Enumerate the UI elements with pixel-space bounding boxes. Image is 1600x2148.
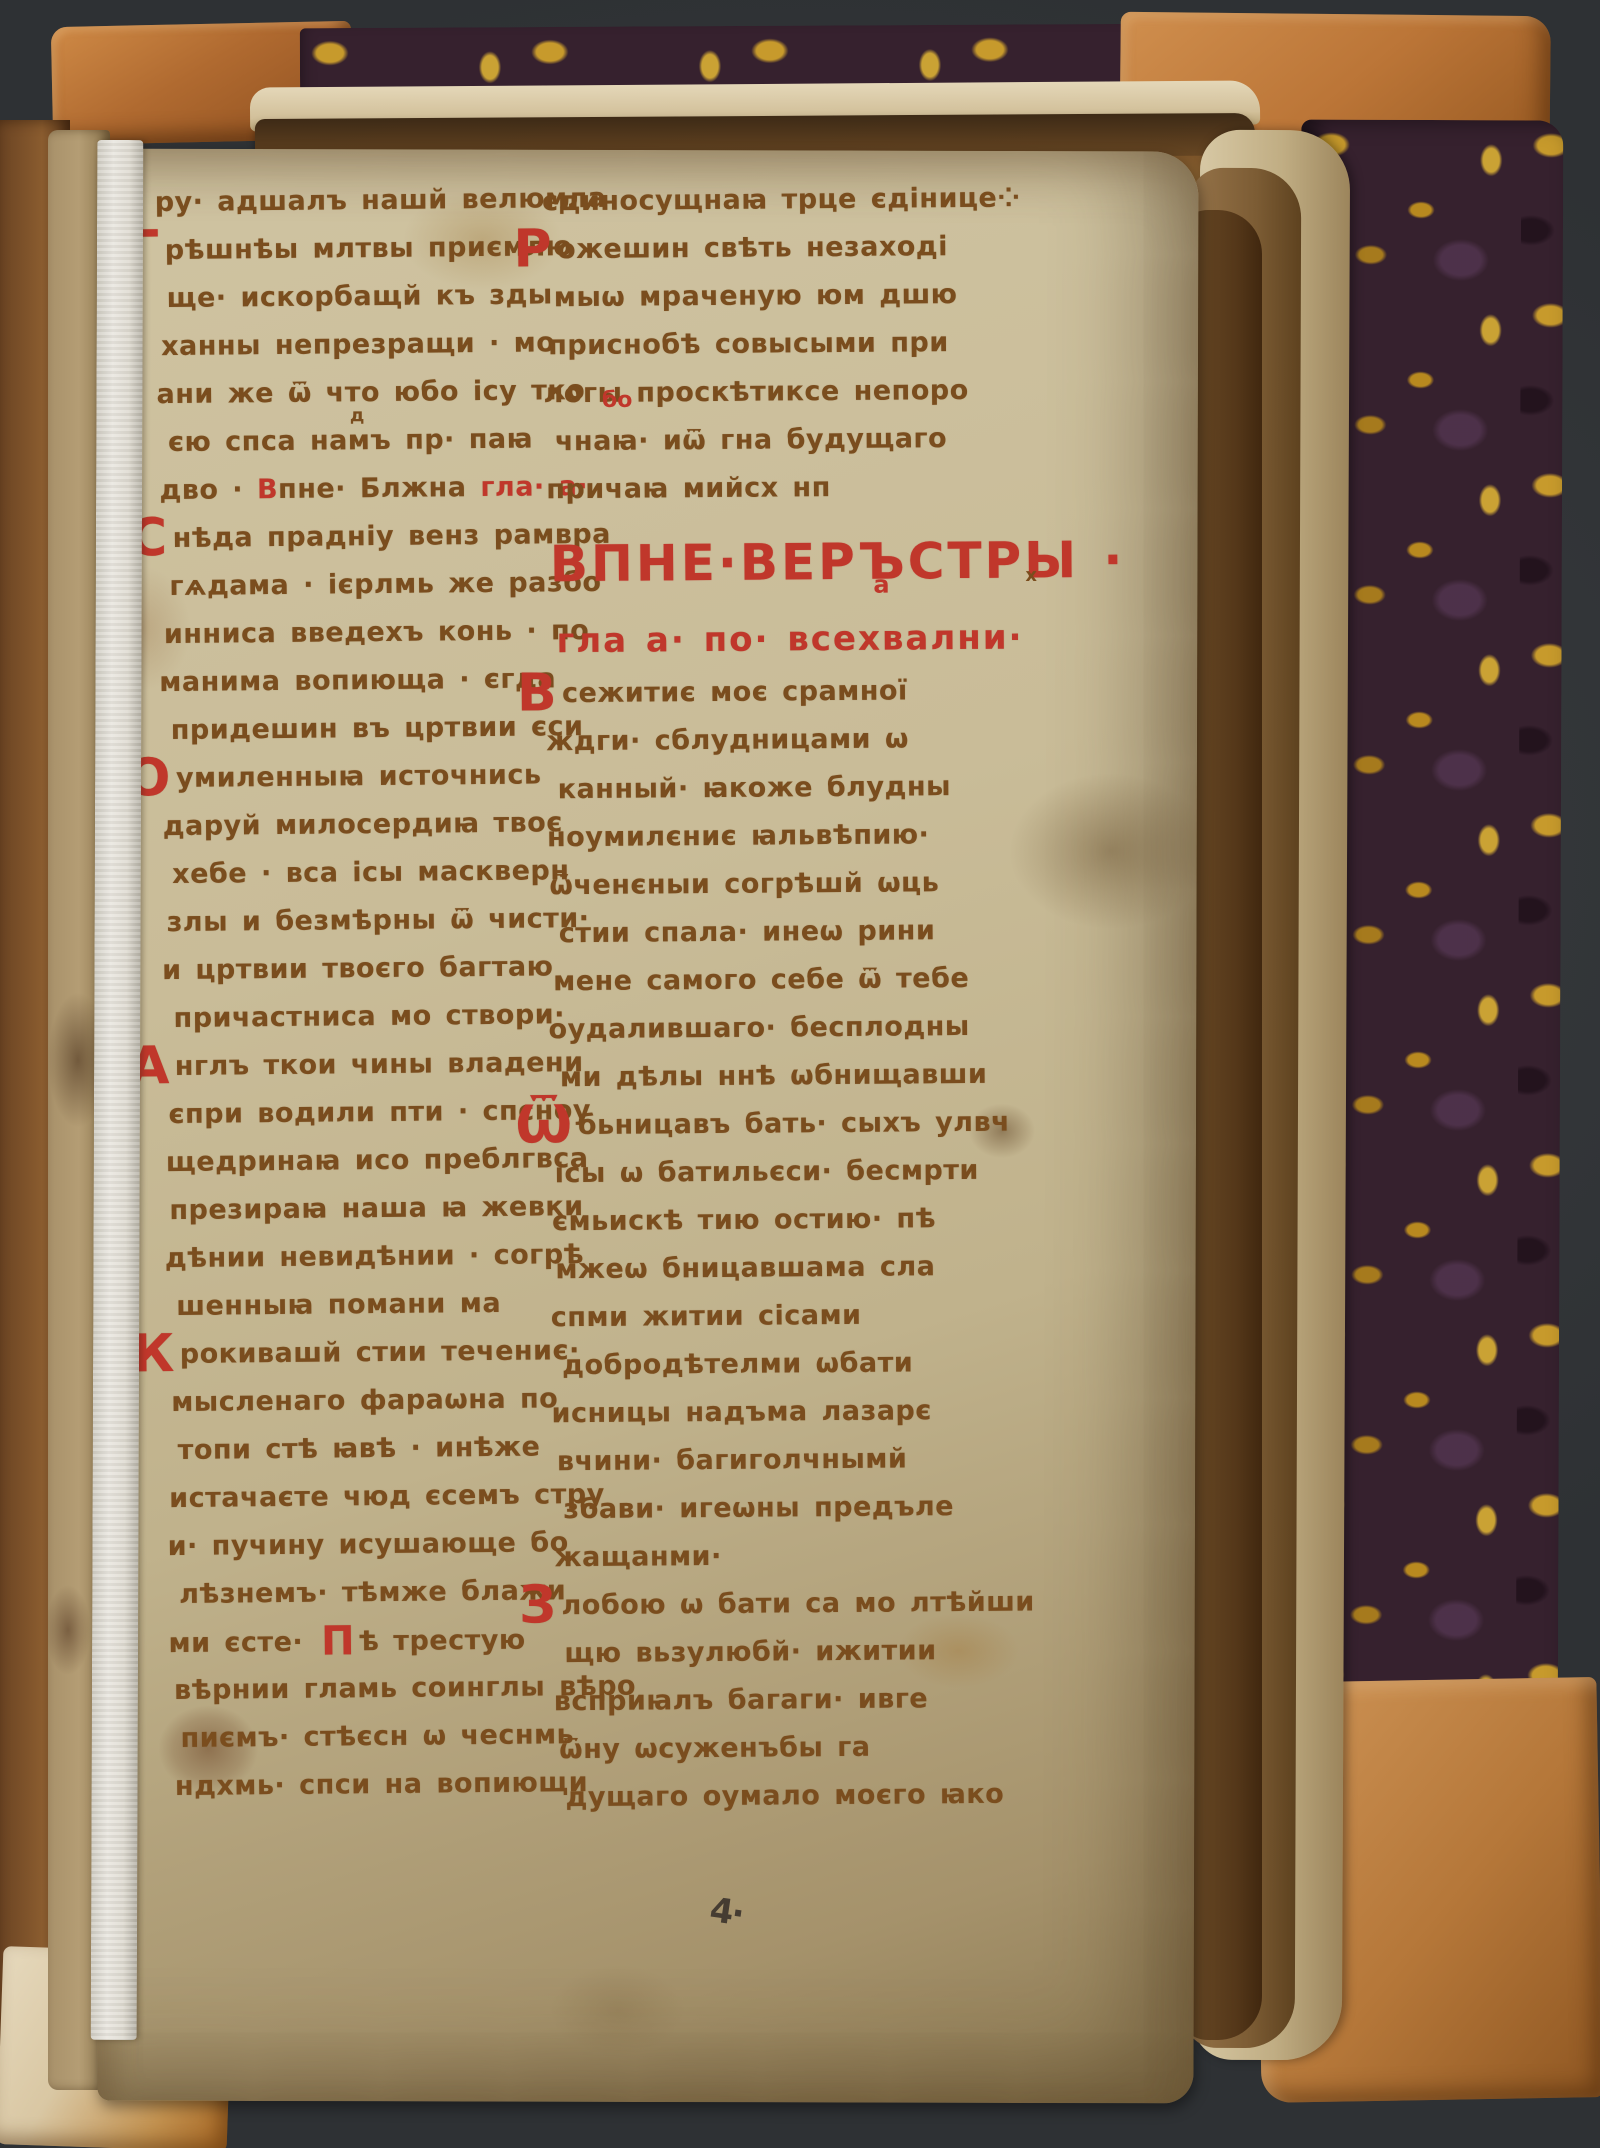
text-line: єдиносущнаꙗ трце єдінице⁘ bbox=[542, 174, 1028, 226]
text-line: хебе · вса ісы маскверн bbox=[172, 847, 553, 899]
drop-cap-initial: З bbox=[519, 1585, 562, 1625]
interlinear-annotation: бо bbox=[602, 388, 633, 413]
text-run: щю вьзулюбй· ижитии bbox=[564, 1635, 936, 1669]
text-run: В bbox=[257, 474, 278, 505]
text-line: ісы ѡ батильєси· бесмрти bbox=[555, 1146, 1036, 1198]
text-line: стии спала· инеѡ рини bbox=[559, 906, 1034, 958]
text-line: щю вьзулюбй· ижитии bbox=[564, 1626, 1039, 1678]
text-line: збави· игеѡны предъле bbox=[563, 1482, 1038, 1534]
text-line: Грѣшнѣы млтвы приємлю bbox=[160, 223, 547, 275]
text-line: дущаго оумало моєго ꙗко bbox=[565, 1770, 1040, 1822]
text-run: сежитиє моє срамної bbox=[562, 675, 908, 709]
interlinear-annotation: а bbox=[873, 571, 889, 599]
text-run: презираꙗ наша ꙗ жевки bbox=[169, 1191, 583, 1226]
text-run: рокивашй стии течениє· bbox=[180, 1335, 580, 1370]
text-run: хебе · вса ісы маскверн bbox=[172, 855, 570, 890]
text-line: Крокивашй стии течениє· bbox=[166, 1327, 558, 1379]
text-run: єдиносущнаꙗ трце єдінице⁘ bbox=[542, 183, 1021, 218]
text-run: лѣзнемъ· тѣмже блажи bbox=[179, 1575, 566, 1610]
text-line: причаꙗ мийсх нп bbox=[546, 462, 1030, 514]
text-line: ѿченєныи согрѣшй ѡць bbox=[549, 858, 1033, 910]
text-line: вчини· багиголчнымй bbox=[557, 1434, 1038, 1486]
text-run: причаꙗ мийсх нп bbox=[546, 472, 831, 505]
bookmark-cloth-strip bbox=[91, 140, 144, 2040]
text-run: ѿну ѡсуженъбы га bbox=[559, 1732, 871, 1765]
text-run: мысленаго фараѡна по bbox=[171, 1383, 558, 1418]
text-run: єю спса намъ пр· паꙗ bbox=[168, 424, 533, 459]
drop-cap-initial: В bbox=[517, 673, 562, 713]
text-run: спми житии сісами bbox=[551, 1300, 862, 1333]
text-run: гла а· по· всехвални· bbox=[556, 618, 1023, 662]
text-run: нглъ ткои чины владени bbox=[175, 1047, 584, 1082]
text-line: чнаꙗ· иѿ гна будущаго bbox=[555, 414, 1030, 466]
text-line: Англъ ткои чины владени bbox=[163, 1039, 555, 1091]
text-run: шенныꙗ помани ма bbox=[176, 1288, 501, 1322]
text-run: дущаго оумало моєго ꙗко bbox=[565, 1779, 1004, 1813]
text-line: причастниса мо створи· bbox=[173, 991, 554, 1043]
text-line: всприꙗлъ багаги· ивге bbox=[554, 1674, 1040, 1726]
text-run: ждги· сблудницами ѡ bbox=[546, 723, 909, 757]
text-line: мысленаго фараѡна по bbox=[171, 1375, 558, 1427]
text-line: мжеѡ бницавшама сла bbox=[555, 1242, 1036, 1294]
text-line: ханны непрезращи · мо bbox=[161, 319, 548, 371]
text-run: инниса введехъ конь · по bbox=[164, 615, 590, 650]
text-line: ндхмь· спси на вопиющи bbox=[175, 1759, 562, 1811]
text-line: гѧдама · ієрлмь же разбо bbox=[169, 559, 550, 611]
text-run: даруй милосердиꙗ твоє bbox=[163, 807, 563, 842]
text-run: ми єсте· bbox=[168, 1627, 317, 1659]
manuscript-page: ру· адшалъ нашй велюмлаГрѣшнѣы млтвы при… bbox=[97, 149, 1198, 2104]
text-line: пиємъ· стѣєсн ѡ чеснмь bbox=[180, 1711, 561, 1763]
text-run: злы и безмѣрны ѿ чисти· bbox=[167, 903, 590, 938]
text-line: дѣнии невидѣнии · согрѣ bbox=[165, 1231, 557, 1283]
text-run: ісы ѡ батильєси· бесмрти bbox=[555, 1155, 979, 1189]
text-run: чнаꙗ· иѿ гна будущаго bbox=[555, 423, 947, 457]
text-line: ѿну ѡсуженъбы га bbox=[559, 1722, 1040, 1774]
text-run: причастниса мо створи· bbox=[173, 999, 565, 1034]
text-run: добродѣтелми ѡбати bbox=[562, 1347, 913, 1381]
text-run: канный· ꙗкоже блудны bbox=[558, 771, 952, 805]
text-line: Всежитиє моє срамної bbox=[551, 666, 1032, 718]
text-run: ндхмь· спси на вопиющи bbox=[175, 1767, 588, 1802]
text-line: Злобою ѡ бати са мо лтѣйши bbox=[553, 1578, 1039, 1630]
rubric-subheading: гла а· по· всехвални· bbox=[556, 614, 1031, 670]
text-run: жащанми· bbox=[555, 1541, 722, 1573]
text-run: дво · bbox=[159, 474, 257, 506]
text-line: мыѡ мраченую юм дшю bbox=[554, 270, 1029, 322]
text-line: приснобѣ совысыми при bbox=[548, 318, 1029, 370]
text-run: вчини· багиголчнымй bbox=[557, 1443, 908, 1477]
text-line: канный· ꙗкоже блудны bbox=[558, 762, 1033, 814]
text-run: ожешин свѣть незаході bbox=[557, 231, 948, 265]
text-line: шенныꙗ помани ма bbox=[176, 1279, 557, 1331]
text-line: вѣрнии гламь соинглы вѣро bbox=[174, 1663, 561, 1715]
text-run: и· пучину исушающе бо bbox=[168, 1527, 569, 1562]
text-run: и цртвии твоєго багтаю bbox=[162, 951, 554, 986]
text-run: пиємъ· стѣєсн ѡ чеснмь bbox=[180, 1719, 574, 1754]
text-line: жащанми· bbox=[555, 1530, 1039, 1582]
text-line: Оумиленныꙗ источнись bbox=[160, 751, 552, 803]
text-run: ѿченєныи согрѣшй ѡць bbox=[549, 867, 939, 901]
text-line: Снѣда прадніу венз рамвра bbox=[163, 511, 550, 563]
text-run: мжеѡ бницавшама сла bbox=[555, 1251, 935, 1285]
drop-cap-initial: Р bbox=[513, 229, 557, 269]
text-line: исницы надъма лазарє bbox=[551, 1386, 1037, 1438]
text-line: ще· искорбащй къ зды bbox=[166, 271, 547, 323]
text-line: ру· адшалъ нашй велюмла bbox=[155, 175, 547, 227]
text-line: ми єсте· Пѣ трестую bbox=[168, 1615, 560, 1667]
text-line: даруй милосердиꙗ твоє bbox=[163, 799, 553, 851]
text-run: исницы надъма лазарє bbox=[551, 1395, 931, 1429]
text-run: бьницавъ бать· сыхъ улвч bbox=[578, 1107, 1011, 1141]
text-line: придешин въ цртвии єси bbox=[171, 703, 552, 755]
text-run: ВПНЕ·ВЕРЪСТРЫ · bbox=[550, 531, 1126, 594]
text-run: ноумилєниє ꙗльвѣпию· bbox=[547, 819, 930, 853]
text-run: умиленныꙗ источнись bbox=[176, 759, 542, 794]
text-line: єпри водили пти · спсноу bbox=[168, 1087, 555, 1139]
text-line: ждги· сблудницами ѡ bbox=[546, 714, 1032, 766]
text-column-right: єдиносущнаꙗ трце єдінице⁘Рожешин свѣть н… bbox=[542, 174, 1041, 1822]
text-line: презираꙗ наша ꙗ жевки bbox=[169, 1183, 556, 1235]
text-run: П bbox=[317, 1618, 359, 1664]
text-run: ѣ трестую bbox=[359, 1625, 526, 1658]
text-line: злы и безмѣрны ѿ чисти· bbox=[166, 895, 553, 947]
folio-number: 4· bbox=[707, 1890, 745, 1934]
text-line: инниса введехъ конь · по bbox=[164, 607, 551, 659]
text-line: топи стѣ ꙗвѣ · инѣже bbox=[178, 1423, 559, 1475]
interlinear-annotation: д bbox=[350, 405, 365, 426]
text-run: истачаєте чюд єсемъ стру bbox=[169, 1479, 605, 1514]
text-run: ємьискѣ тию остию· пѣ bbox=[552, 1203, 936, 1237]
text-line: Ѿбьницавъ бать· сыхъ улвч bbox=[549, 1098, 1035, 1150]
text-run: манима вопиюща · єгда bbox=[159, 663, 556, 698]
text-run: ани же ѿ что юбо ісу тко bbox=[156, 375, 585, 410]
text-run: лобою ѡ бати са мо лтѣйши bbox=[561, 1586, 1034, 1621]
text-run: мене самого себе ѿ тебе bbox=[553, 963, 969, 997]
text-line: щедринаꙗ исо преблгвса bbox=[166, 1135, 556, 1187]
text-run: оудалившаго· бесплодны bbox=[548, 1011, 969, 1045]
text-line: мене самого себе ѿ тебе bbox=[553, 954, 1034, 1006]
rubric-heading: ВПНЕ·ВЕРЪСТРЫ · bbox=[550, 510, 1032, 618]
text-run: рѣшнѣы млтвы приємлю bbox=[165, 231, 573, 266]
text-run: пне· Блжна bbox=[278, 472, 481, 505]
text-run: приснобѣ совысыми при bbox=[548, 327, 949, 361]
text-run: ханны непрезращи · мо bbox=[161, 327, 555, 362]
text-run: гѧдама · ієрлмь же разбо bbox=[169, 567, 601, 602]
text-run: топи стѣ ꙗвѣ · инѣже bbox=[178, 1432, 541, 1466]
interlinear-annotation: х bbox=[1025, 565, 1037, 586]
text-line: Рожешин свѣть незаході bbox=[547, 222, 1028, 274]
text-run: всприꙗлъ багаги· ивге bbox=[554, 1683, 929, 1717]
text-run: ще· искорбащй къ зды bbox=[167, 279, 553, 314]
text-run: стии спала· инеѡ рини bbox=[559, 915, 936, 949]
drop-cap-initial: Ѿ bbox=[515, 1105, 578, 1145]
text-line: лѣзнемъ· тѣмже блажи bbox=[179, 1567, 560, 1619]
text-line: оудалившаго· бесплодны bbox=[548, 1002, 1034, 1054]
text-line: и цртвии твоєго багтаю bbox=[162, 943, 554, 995]
text-run: мыѡ мраченую юм дшю bbox=[554, 279, 958, 313]
text-line: манима вопиюща · єгда bbox=[159, 655, 551, 707]
text-line: ми дѣлы ннѣ ѡбнищавши bbox=[560, 1050, 1035, 1102]
text-run: дѣнии невидѣнии · согрѣ bbox=[165, 1239, 584, 1274]
text-run: ми дѣлы ннѣ ѡбнищавши bbox=[560, 1059, 988, 1093]
text-line: добродѣтелми ѡбати bbox=[562, 1338, 1037, 1390]
text-line: спми житии сісами bbox=[551, 1290, 1037, 1342]
text-line: истачаєте чюд єсемъ стру bbox=[169, 1471, 559, 1523]
text-run: збави· игеѡны предъле bbox=[563, 1491, 954, 1525]
photo-background: ру· адшалъ нашй велюмлаГрѣшнѣы млтвы при… bbox=[0, 0, 1600, 2148]
text-line: дво · Впне· Блжна гла· а· bbox=[159, 463, 549, 515]
text-line: ноумилєниє ꙗльвѣпию· bbox=[547, 810, 1033, 862]
text-run: ру· адшалъ нашй велюмла bbox=[155, 183, 607, 218]
text-line: ємьискѣ тию остию· пѣ bbox=[552, 1194, 1036, 1246]
text-line: и· пучину исушающе бо bbox=[167, 1519, 559, 1571]
